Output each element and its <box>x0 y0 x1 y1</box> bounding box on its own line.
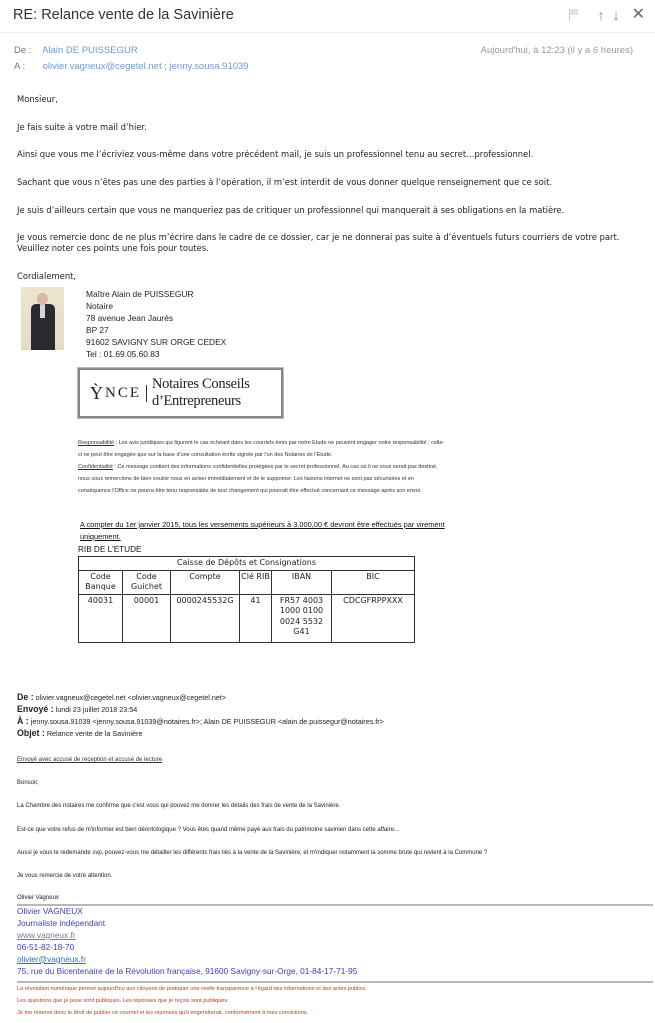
divider <box>17 981 653 983</box>
sig-line: 78 avenue Jean Jaurés <box>86 313 226 325</box>
journalist-name: Olivier VAGNEUX <box>17 906 357 918</box>
nce-logo: Ỳ NCE Notaires Conseils d’Entrepreneurs <box>78 368 283 418</box>
quoted-paragraph: Est-ce que votre refus de m'informer est… <box>17 826 647 834</box>
journalist-title: Journaliste indépendant <box>17 918 357 930</box>
reply-paragraph: Je suis d’ailleurs certain que vous ne m… <box>17 205 647 216</box>
quoted-signoff: Olivier Vagneux <box>17 895 59 901</box>
message-toolbar: RE: Relance vente de la Savinière ↑ ↓ ✕ <box>0 0 655 33</box>
arrow-down-icon[interactable]: ↓ <box>613 8 620 22</box>
quoted-to-label: À : <box>17 716 29 726</box>
quoted-paragraph: Bonsoir, <box>17 779 647 787</box>
journalist-signature: Olivier VAGNEUX Journaliste indépendant … <box>17 906 357 977</box>
quoted-sent-label: Envoyé : <box>17 704 54 714</box>
rib-value: 40031 <box>79 594 123 642</box>
rib-header: IBAN <box>272 570 332 594</box>
reply-paragraph: Je vous remercie donc de ne plus m’écrir… <box>17 232 647 254</box>
rib-header: Clé RIB <box>240 570 272 594</box>
website-link[interactable]: www.vagneux.fr <box>17 930 357 942</box>
email-link[interactable]: olivier@vagneux.fr <box>17 954 357 966</box>
reply-paragraph: Sachant que vous n’êtes pas une des part… <box>17 177 647 188</box>
sig-line: Tel : 01.69.05.60.83 <box>86 349 226 361</box>
quoted-body: Bonsoir, La Chambre des notaires me conf… <box>17 779 647 895</box>
reply-paragraph: Ainsi que vous me l’écriviez vous-même d… <box>17 149 647 160</box>
to-recipients[interactable]: olivier.vagneux@cegetel.net ; jenny.sous… <box>43 61 249 72</box>
statement-line: Je me réserve donc le droit de publier c… <box>17 1008 367 1020</box>
from-label: De : <box>14 45 40 56</box>
quoted-header: De : olivier.vagneux@cegetel.net <olivie… <box>17 692 384 740</box>
rib-value: 00001 <box>123 594 171 642</box>
quoted-subject: Relance vente de la Savinière <box>47 729 143 738</box>
logo-mark: NCE <box>105 385 147 402</box>
message-date: Aujourd'hui, à 12:23 (il y a 6 heures) <box>481 45 633 56</box>
rib-value: CDCGFRPPXXX <box>332 594 415 642</box>
journalist-phone: 06-51-82-18-70 <box>17 942 357 954</box>
close-icon[interactable]: ✕ <box>632 7 645 23</box>
sig-line: BP 27 <box>86 325 226 337</box>
quoted-to: jenny.sousa.91039 <jenny.sousa.91039@not… <box>31 717 384 726</box>
sig-line: 91602 SAVIGNY SUR ORGE CEDEX <box>86 337 226 349</box>
from-row: De : Alain DE PUISSEGUR <box>14 45 138 56</box>
rib-header: BIC <box>332 570 415 594</box>
rib-header: Code Guichet <box>123 570 171 594</box>
sig-line: Maître Alain de PUISSEGUR <box>86 289 226 301</box>
arrow-up-icon[interactable]: ↑ <box>598 8 605 22</box>
reply-paragraph: Je fais suite à votre mail d’hier. <box>17 122 647 133</box>
notary-photo <box>21 287 64 350</box>
quoted-paragraph: Je vous remercie de votre attention. <box>17 872 647 880</box>
transparency-statement: La révolution numérique permet aujourd'h… <box>17 984 367 1020</box>
payment-notice: A compter du 1er janvier 2015, tous les … <box>80 519 450 543</box>
statement-line: Les questions que je pose sont publiques… <box>17 996 367 1008</box>
to-label: A : <box>14 61 40 72</box>
quoted-from: olivier.vagneux@cegetel.net <olivier.vag… <box>36 693 226 702</box>
rib-value: 41 <box>240 594 272 642</box>
rib-header: Compte <box>171 570 240 594</box>
rib-table: Caisse de Dépôts et Consignations Code B… <box>78 556 415 643</box>
flag-icon[interactable] <box>568 8 580 22</box>
reply-paragraph: Monsieur, <box>17 94 647 105</box>
figure-icon: Ỳ <box>90 383 103 404</box>
receipt-note: Envoyé avec accusé de réception et accus… <box>17 757 162 763</box>
message-subject: RE: Relance vente de la Savinière <box>13 7 234 23</box>
responsibility-label: Responsabilité <box>78 440 114 446</box>
reply-body: Monsieur, Je fais suite à votre mail d’h… <box>17 94 647 299</box>
rib-value: FR57 4003 1000 0100 0024 5532 G41 <box>272 594 332 642</box>
toolbar-actions: ↑ ↓ ✕ <box>568 7 645 23</box>
legal-disclaimer: Responsabilité : Les avis juridiques qui… <box>78 437 448 497</box>
from-sender[interactable]: Alain DE PUISSEGUR <box>42 45 138 56</box>
confidentiality-label: Confidentialité <box>78 464 113 470</box>
journalist-address: 75, rue du Bicentenaire de la Révolution… <box>17 966 357 978</box>
quoted-paragraph: La Chambre des notaires me confirme que … <box>17 802 647 810</box>
logo-name: Notaires Conseils d’Entrepreneurs <box>152 376 281 410</box>
rib-title: RIB DE L'ETUDE <box>78 545 141 554</box>
quoted-from-label: De : <box>17 692 34 702</box>
to-row: A : olivier.vagneux@cegetel.net ; jenny.… <box>14 61 249 72</box>
responsibility-text: : Les avis juridiques qui figurent le ca… <box>78 440 444 458</box>
quoted-subject-label: Objet : <box>17 728 45 738</box>
quoted-paragraph: Aussi je vous le redemande svp, pouvez-v… <box>17 849 647 857</box>
rib-value: 0000245532G <box>171 594 240 642</box>
rib-caption: Caisse de Dépôts et Consignations <box>79 557 415 571</box>
quoted-sent: lundi 23 juillet 2018 23:54 <box>56 705 138 714</box>
sig-line: Notaire <box>86 301 226 313</box>
reply-paragraph: Cordialement, <box>17 271 647 282</box>
statement-line: La révolution numérique permet aujourd'h… <box>17 984 367 996</box>
rib-header: Code Banque <box>79 570 123 594</box>
notary-signature: Maître Alain de PUISSEGUR Notaire 78 ave… <box>86 289 226 360</box>
confidentiality-text: : Ce message contient des informations c… <box>78 464 438 494</box>
